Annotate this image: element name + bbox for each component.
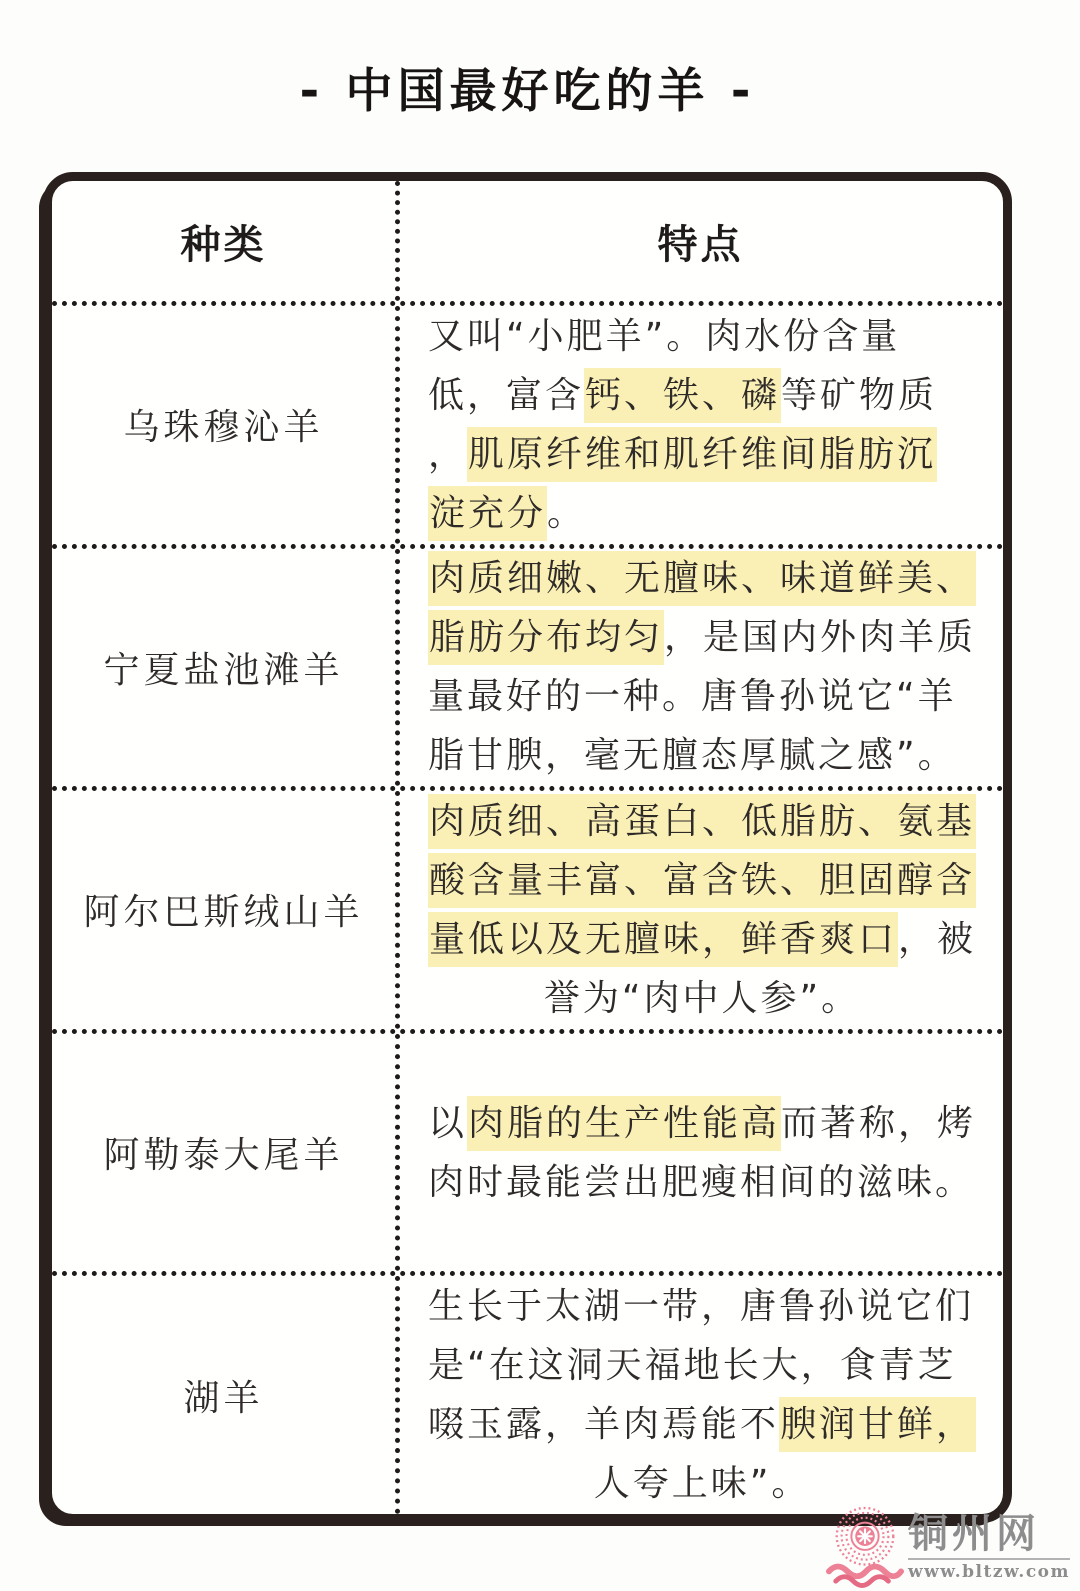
- highlighted-text: 脂肪分布均匀: [428, 610, 664, 665]
- breed-name: 乌珠穆沁羊: [52, 306, 400, 544]
- feature-line: 肉质细嫩、无膻味、味道鲜美、: [428, 549, 976, 608]
- breed-name: 阿勒泰大尾羊: [52, 1034, 400, 1272]
- feature-line: 啜玉露，羊肉焉能不腴润甘鲜，: [428, 1395, 976, 1454]
- feature-line: 脂肪分布均匀，是国内外肉羊质: [428, 608, 976, 667]
- table-row: 阿尔巴斯绒山羊肉质细、高蛋白、低脂肪、氨基酸含量丰富、富含铁、胆固醇含量低以及无…: [52, 786, 1003, 1029]
- highlighted-text: 肉脂的生产性能高: [467, 1096, 781, 1151]
- plain-text: 而著称，烤: [781, 1103, 976, 1144]
- watermark: 铜州网 www.bltzw.com: [826, 1505, 1070, 1589]
- table-row: 湖羊生长于太湖一带，唐鲁孙说它们是“在这洞天福地长大，食青芝啜玉露，羊肉焉能不腴…: [52, 1271, 1003, 1514]
- plain-text: 啜玉露，羊肉焉能不: [428, 1404, 779, 1445]
- breed-feature: 以肉脂的生产性能高而著称，烤肉时最能尝出肥瘦相间的滋味。: [400, 1034, 1003, 1272]
- plain-text: 以: [428, 1103, 467, 1144]
- table-body: 种类 特点 乌珠穆沁羊又叫“小肥羊”。肉水份含量低，富含钙、铁、磷等矿物质，肌原…: [52, 181, 1003, 1514]
- breed-feature: 生长于太湖一带，唐鲁孙说它们是“在这洞天福地长大，食青芝啜玉露，羊肉焉能不腴润甘…: [400, 1276, 1003, 1514]
- feature-line: 生长于太湖一带，唐鲁孙说它们: [428, 1277, 976, 1336]
- plain-text: 誉为“肉中人参”。: [544, 978, 860, 1019]
- plain-text: 生长于太湖一带，唐鲁孙说它们: [428, 1286, 974, 1327]
- plain-text: 等矿物质: [781, 375, 937, 416]
- highlighted-text: 钙、铁、磷: [584, 368, 781, 423]
- feature-line: 量最好的一种。唐鲁孙说它“羊: [428, 667, 976, 726]
- plain-text: 是“在这洞天福地长大，食青芝: [428, 1345, 957, 1386]
- plain-text: 肉时最能尝出肥瘦相间的滋味。: [428, 1162, 974, 1203]
- watermark-site-url: www.bltzw.com: [908, 1562, 1070, 1582]
- breed-feature: 又叫“小肥羊”。肉水份含量低，富含钙、铁、磷等矿物质，肌原纤维和肌纤维间脂肪沉淀…: [400, 306, 1003, 544]
- plain-text: 。: [547, 493, 586, 534]
- feature-line: 淀充分。: [428, 484, 973, 543]
- plain-text: 又叫“小肥羊”。肉水份含量: [428, 316, 900, 357]
- table-row: 阿勒泰大尾羊以肉脂的生产性能高而著称，烤肉时最能尝出肥瘦相间的滋味。: [52, 1029, 1003, 1272]
- header-type: 种类: [52, 181, 400, 301]
- page-title: - 中国最好吃的羊 -: [43, 54, 1012, 121]
- highlighted-text: 肌原纤维和肌纤维间脂肪沉: [467, 427, 937, 482]
- feature-line: 又叫“小肥羊”。肉水份含量: [428, 307, 973, 366]
- feature-line: 脂甘腴，毫无膻态厚腻之感”。: [428, 726, 976, 785]
- plain-text: ，被: [898, 919, 976, 960]
- breed-feature: 肉质细、高蛋白、低脂肪、氨基酸含量丰富、富含铁、胆固醇含量低以及无膻味，鲜香爽口…: [400, 791, 1003, 1029]
- highlighted-text: 肉质细、高蛋白、低脂肪、氨基: [428, 794, 976, 849]
- plain-text: 量最好的一种。唐鲁孙说它“羊: [428, 676, 957, 717]
- watermark-site-name: 铜州网: [908, 1512, 1070, 1560]
- plain-text: ，: [428, 434, 467, 475]
- highlighted-text: 肉质细嫩、无膻味、味道鲜美、: [428, 551, 976, 606]
- feature-line: 低，富含钙、铁、磷等矿物质: [428, 366, 973, 425]
- highlighted-text: 酸含量丰富、富含铁、胆固醇含: [428, 853, 976, 908]
- breed-name: 湖羊: [52, 1276, 400, 1514]
- feature-line: 肉时最能尝出肥瘦相间的滋味。: [428, 1153, 976, 1212]
- feature-line: 誉为“肉中人参”。: [428, 969, 976, 1028]
- feature-line: 量低以及无膻味，鲜香爽口，被: [428, 910, 976, 969]
- feature-line: 酸含量丰富、富含铁、胆固醇含: [428, 851, 976, 910]
- table-header-row: 种类 特点: [52, 181, 1003, 301]
- plain-text: ，是国内外肉羊质: [664, 617, 976, 658]
- plain-text: 脂甘腴，毫无膻态厚腻之感”。: [428, 735, 957, 776]
- plain-text: 人夸上味”。: [594, 1463, 811, 1504]
- feature-line: 肉质细、高蛋白、低脂肪、氨基: [428, 792, 976, 851]
- watermark-text: 铜州网 www.bltzw.com: [908, 1512, 1070, 1582]
- breed-name: 阿尔巴斯绒山羊: [52, 791, 400, 1029]
- breed-name: 宁夏盐池滩羊: [52, 549, 400, 787]
- sheep-table: 种类 特点 乌珠穆沁羊又叫“小肥羊”。肉水份含量低，富含钙、铁、磷等矿物质，肌原…: [43, 172, 1012, 1523]
- highlighted-text: 淀充分: [428, 486, 547, 541]
- feature-line: ，肌原纤维和肌纤维间脂肪沉: [428, 425, 973, 484]
- table-row: 宁夏盐池滩羊肉质细嫩、无膻味、味道鲜美、脂肪分布均匀，是国内外肉羊质量最好的一种…: [52, 544, 1003, 787]
- highlighted-text: 腴润甘鲜，: [779, 1397, 976, 1452]
- watermark-logo-icon: [826, 1505, 904, 1589]
- feature-line: 是“在这洞天福地长大，食青芝: [428, 1336, 976, 1395]
- header-feature: 特点: [400, 181, 1003, 301]
- plain-text: 低，富含: [428, 375, 584, 416]
- feature-line: 以肉脂的生产性能高而著称，烤: [428, 1094, 976, 1153]
- breed-feature: 肉质细嫩、无膻味、味道鲜美、脂肪分布均匀，是国内外肉羊质量最好的一种。唐鲁孙说它…: [400, 549, 1003, 787]
- table-row: 乌珠穆沁羊又叫“小肥羊”。肉水份含量低，富含钙、铁、磷等矿物质，肌原纤维和肌纤维…: [52, 301, 1003, 544]
- highlighted-text: 量低以及无膻味，鲜香爽口: [428, 912, 898, 967]
